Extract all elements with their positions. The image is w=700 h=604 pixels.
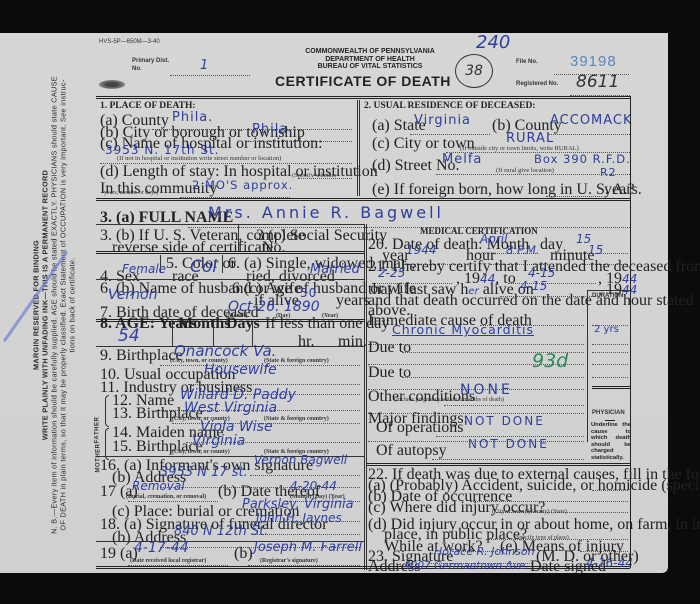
divider [605,420,615,421]
spouse-name-value[interactable]: Vernon [108,287,157,303]
due-to-field-2[interactable] [402,372,584,378]
foreign-born-field[interactable] [546,189,602,197]
agency-line-2: DEPARTMENT OF HEALTH [300,56,440,64]
res-city-value: RURAL [506,131,554,146]
registrar-signature-value: Joseph M. Farrell [254,540,362,555]
operations-value: NOT DONE [464,414,545,428]
circled-number-value: 38 [465,63,483,79]
physician-note: Underline the cause to which death shoul… [591,422,631,461]
death-occurred-label: and that death occurred on the date and … [368,292,694,310]
certificate-title: CERTIFICATE OF DEATH [275,73,451,89]
primary-dist-field[interactable]: 1 [170,66,250,76]
res-street-value: Melfa [442,152,482,167]
res-county-value: ACCOMACK [550,113,633,128]
agency-block: COMMONWEALTH OF PENNSYLVANIA DEPARTMENT … [300,48,440,71]
death-hour-value: 8 P.M. [506,243,540,257]
registered-no-field[interactable]: 8611 [570,86,630,96]
occupation-value: Housewife [204,362,277,378]
res-state-field[interactable]: Virginia [410,125,490,135]
physician-address-field[interactable]: 4007 Germantown Ave. [404,556,504,574]
agency-line-1: COMMONWEALTH OF PENNSYLVANIA [300,48,440,56]
date-signed-field[interactable]: 4-16-44 [586,554,633,572]
attended-to-value: 4-15 [528,266,555,280]
margin-instructions: MARGIN RESERVED FOR BINDING WRITE PLAINL… [24,40,84,570]
column-divider-top [357,100,360,196]
community-field[interactable]: 2 MO'S approx. [180,188,290,198]
age-min-label: min. [338,333,367,351]
duration-line-3 [592,359,628,365]
usual-residence-heading: 2. USUAL RESIDENCE OF DECEASED: [364,101,535,111]
margin-line-2: WRITE PLAINLY WITH UNFADING INK—THIS IS … [41,45,50,565]
external-c-note: (City or town) (County) (State) [492,509,567,515]
primary-dist-value: 1 [200,58,208,73]
physician-address-value: 4007 Germantown Ave. [404,560,529,572]
funeral-address-value: 840 N 12th St. [174,524,268,539]
autopsy-value: NOT DONE [468,437,549,451]
immediate-cause-value: Chronic Myocarditis [392,322,534,337]
death-county-value: Phila. [172,110,213,125]
primary-dist-label: Primary Dist. No. [132,57,172,73]
other-conditions-value: NONE [460,382,513,398]
margin-line-3: N. B.—Every item of information should b… [50,45,59,565]
spouse-age-value[interactable]: 50 [300,286,317,300]
file-no-value: 39198 [570,53,617,70]
registrar-date-value: 4-17-44 [134,540,189,556]
physician-label: PHYSICIAN [592,410,625,416]
father-bracket [105,395,109,427]
funeral-director-value: John H. Jaynes [256,511,342,525]
duration-field-2[interactable] [592,347,628,353]
duration-field-3[interactable] [592,372,628,378]
disposition-note: (Burial, cremation, or removal) [126,494,206,500]
race-value[interactable]: Col [190,257,217,277]
age-hr-label: hr. [298,333,314,351]
registered-no-value: 8611 [576,72,619,92]
circled-number: 38 [455,54,493,88]
community-note: years, months or days) [104,190,158,196]
spouse-age-suffix: years [336,292,370,310]
mother-birthplace-value: Virginia [192,433,245,449]
informant-signature-field[interactable]: Vernon Bagwell [250,466,360,476]
header-divider [96,96,630,99]
community-value: 2 MO'S approx. [192,178,293,192]
margin-line-5: tions on back of certificate. [68,45,77,565]
res-street-box: Box 390 R.F.D. [534,152,631,166]
duration-label: DURATION [592,293,623,299]
state-seal-icon [99,80,125,89]
immediate-cause-duration: 2 yrs [594,324,619,335]
agency-line-3: BUREAU OF VITAL STATISTICS [300,63,440,71]
file-no-label: File No. [516,59,538,65]
informant-address-value: 3953 N 17 st. [160,465,248,480]
registrar-signature-note: (Registrar's signature) [260,558,318,564]
mother-birthplace-city-note: (City, town, or county) [172,449,230,455]
res-street-route: R2 [600,166,617,179]
medical-heading: MEDICAL CERTIFICATION [420,226,538,236]
full-name-value: Mrs. Annie R. Bagwell [208,203,444,222]
age-years-value[interactable]: 54 [118,326,140,346]
attended-from-value: 2-25 [378,266,405,280]
last-saw-value: 4-15 [520,279,547,293]
father-sidebar-label: FATHER [94,417,100,444]
death-minute-value: 15 [588,243,603,257]
disposition-value: Removal [132,479,185,493]
date-signed-value: 4-16-44 [586,556,633,570]
other-conditions-note: (Include pregnancy within 3 months of de… [394,397,504,403]
form-code: HVS-5P—650M—3-40 [99,39,160,45]
duration-field-1[interactable]: 2 yrs [592,335,628,345]
divider [238,224,239,252]
section-divider-1 [96,198,630,201]
res-city-note: (If outside city or town limits, write R… [460,145,579,152]
autopsy-field[interactable]: NOT DONE [432,450,584,460]
column-divider-main [364,224,367,570]
res-county-field[interactable]: ACCOMACK [548,125,630,135]
duration-divider [592,386,630,389]
divider [96,251,364,254]
foreign-born-suffix: years. [604,181,642,199]
pencil-annotation-240: 240 [476,32,510,53]
sex-value[interactable]: Female [122,262,166,276]
age-days-label: Days [226,315,260,333]
father-birthplace-value: West Virginia [184,400,277,416]
disposition-date-value: 4-20-44 [290,479,337,493]
burial-place-value: Parksley, Virginia [242,497,354,512]
margin-line-1: MARGIN RESERVED FOR BINDING [32,45,41,565]
form-right-border [630,96,631,568]
informant-signature-value: Vernon Bagwell [254,453,347,467]
res-street-note: (If rural give location) [496,167,554,174]
divider [172,322,173,346]
marital-value[interactable]: Married [310,262,360,277]
margin-line-4: OF DEATH in plain terms, so that it may … [59,45,68,565]
divider [96,224,364,225]
hospital-note: (If not in hospital or institution write… [117,155,281,162]
death-month-value: April [480,232,507,246]
father-birthplace-state-note: (State & foreign country) [264,416,329,422]
registered-no-label: Registered No. [516,81,558,87]
external-a-field[interactable] [592,485,628,491]
length-note: (Specify whether [292,172,337,179]
registrar-date-note: (Date received local registrar) [130,558,206,564]
coder-mark: 93d [532,350,568,372]
age-months-label: Months [178,315,230,333]
death-year-value: 1944 [406,243,437,257]
res-state-value: Virginia [414,113,471,128]
